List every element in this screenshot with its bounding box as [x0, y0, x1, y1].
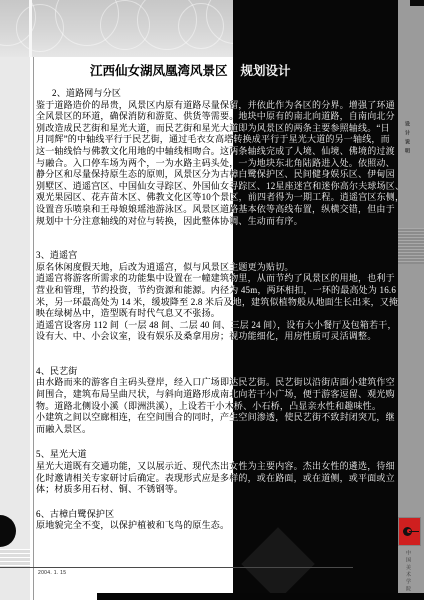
header-divider-line — [29, 0, 32, 57]
caa-logo-line-icon — [409, 531, 419, 532]
header-decor-band — [0, 0, 233, 57]
caa-logo-caption: 中国美术学院 — [405, 550, 412, 596]
footer-rule-line — [0, 567, 353, 568]
caa-logo — [399, 518, 420, 545]
footer-date: 2004. 1. 15 — [38, 570, 66, 576]
left-margin-strip — [0, 0, 30, 600]
margin-lines-decor — [0, 549, 30, 567]
title-scenic-area: 江西仙女湖凤凰湾风景区 — [90, 64, 228, 78]
striation-pattern-decor — [398, 228, 424, 264]
document-page: { "title": { "part1": "江西仙女湖凤凰湾风景区", "pa… — [0, 0, 424, 600]
right-margin-band: 设计说明 中国美术学院 — [398, 0, 424, 600]
side-vertical-label: 设计说明 — [404, 121, 411, 167]
corner-notch-decor — [410, 0, 424, 6]
page-border-line — [33, 57, 34, 600]
footer-black-bar — [97, 593, 424, 600]
black-side-panel — [233, 0, 398, 600]
